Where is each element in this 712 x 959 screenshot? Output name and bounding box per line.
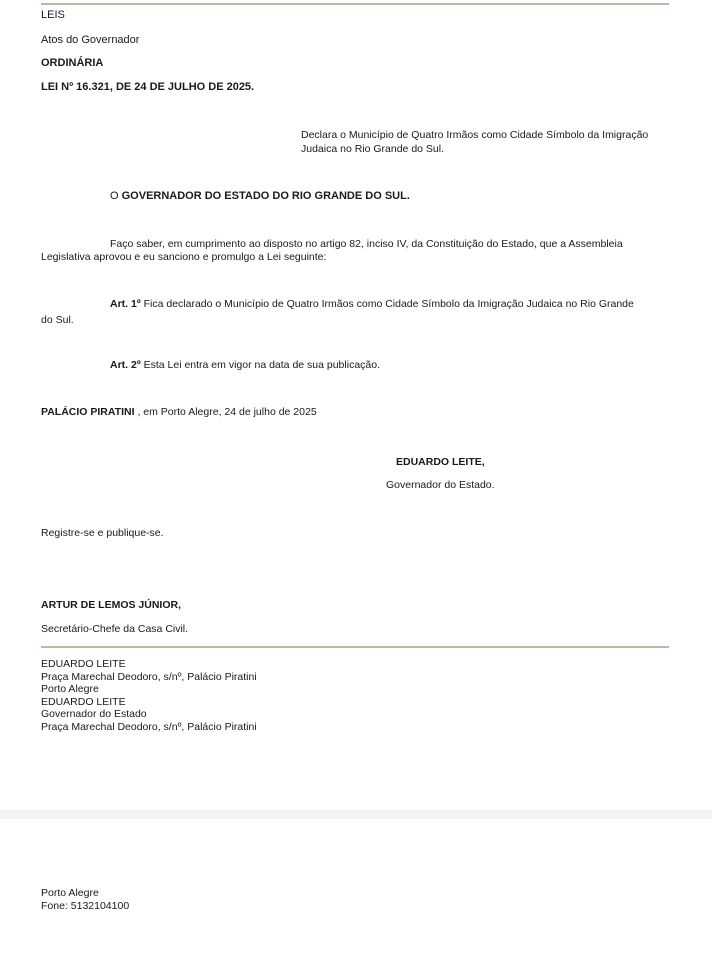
secretary-name: ARTUR DE LEMOS JÚNIOR, — [41, 599, 181, 611]
preamble-governor: O GOVERNADOR DO ESTADO DO RIO GRANDE DO … — [110, 190, 410, 202]
article-1-text: Fica declarado o Município de Quatro Irm… — [141, 298, 634, 310]
signer-name: EDUARDO LEITE, — [396, 456, 485, 468]
address-line: EDUARDO LEITE — [41, 658, 257, 671]
address-line: EDUARDO LEITE — [41, 696, 257, 709]
footer-contact: Porto Alegre Fone: 5132104100 — [41, 887, 129, 912]
section-separator-band — [0, 810, 712, 819]
article-2-label: Art. 2º — [110, 359, 141, 371]
address-line: Governador do Estado — [41, 708, 257, 721]
address-line: Praça Marechal Deodoro, s/nº, Palácio Pi… — [41, 671, 257, 684]
address-line: Porto Alegre — [41, 683, 257, 696]
article-2: Art. 2º Esta Lei entra em vigor na data … — [110, 359, 380, 371]
address-line: Praça Marechal Deodoro, s/nº, Palácio Pi… — [41, 721, 257, 734]
top-divider — [41, 3, 669, 5]
address-block: EDUARDO LEITE Praça Marechal Deodoro, s/… — [41, 658, 257, 733]
preamble-governor-title: GOVERNADOR DO ESTADO DO RIO GRANDE DO SU… — [122, 190, 410, 202]
preamble-text-line-2: Legislativa aprovou e eu sanciono e prom… — [41, 251, 326, 263]
preamble-prefix: O — [110, 190, 122, 202]
place-date-text: , em Porto Alegre, 24 de julho de 2025 — [135, 406, 317, 418]
place-date: PALÁCIO PIRATINI , em Porto Alegre, 24 d… — [41, 406, 317, 418]
subsection-label: Atos do Governador — [41, 34, 139, 46]
bottom-divider — [41, 646, 669, 648]
article-1-text-line-2: do Sul. — [41, 314, 74, 326]
secretary-title: Secretário-Chefe da Casa Civil. — [41, 623, 188, 635]
ementa-line-2: Judaica no Rio Grande do Sul. — [301, 143, 444, 155]
article-1: Art. 1º Fica declarado o Município de Qu… — [110, 298, 634, 310]
ementa-line-1: Declara o Município de Quatro Irmãos com… — [301, 129, 648, 141]
category-label: ORDINÁRIA — [41, 57, 103, 69]
footer-city: Porto Alegre — [41, 887, 129, 900]
register-note: Registre-se e publique-se. — [41, 527, 164, 539]
footer-phone: Fone: 5132104100 — [41, 900, 129, 913]
preamble-text-line-1: Faço saber, em cumprimento ao disposto n… — [110, 238, 623, 250]
article-2-text: Esta Lei entra em vigor na data de sua p… — [141, 359, 380, 371]
place-name: PALÁCIO PIRATINI — [41, 406, 135, 418]
section-label: LEIS — [41, 9, 65, 21]
signer-title: Governador do Estado. — [386, 479, 495, 491]
article-1-label: Art. 1º — [110, 298, 141, 310]
law-title: LEI Nº 16.321, DE 24 DE JULHO DE 2025. — [41, 81, 254, 93]
